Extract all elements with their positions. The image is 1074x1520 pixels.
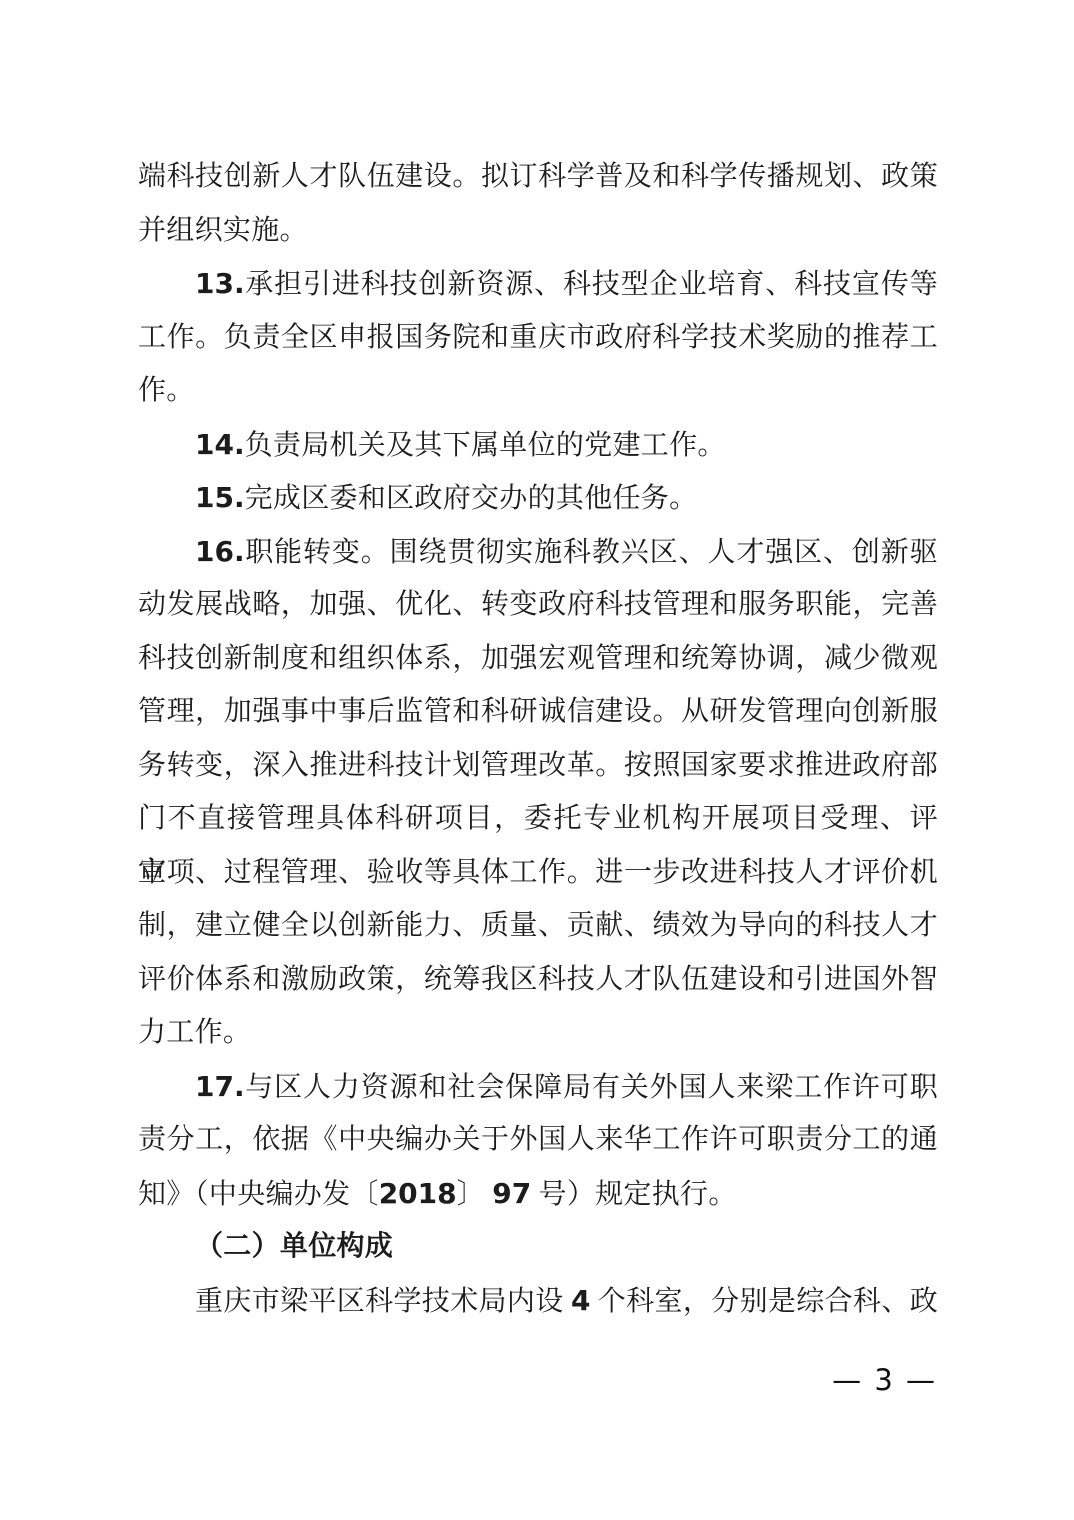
numeral: 97 <box>492 1177 531 1210</box>
section-heading: （二）单位构成 <box>138 1220 938 1274</box>
text-line-11: 管理，加强事中事后监管和科研诚信建设。从研发管理向创新服 <box>138 685 938 739</box>
text-line-13: 门不直接管理具体科研项目，委托专业机构开展项目受理、评审、 <box>138 792 938 846</box>
text-line-20: 知》（中央编办发〔2018〕 97 号）规定执行。 <box>138 1167 938 1221</box>
numeral: 14. <box>195 428 245 461</box>
numeral: 15. <box>195 481 245 514</box>
document-page: 端科技创新人才队伍建设。拟订科学普及和科学传播规划、政策并组织实施。13.承担引… <box>0 0 1074 1520</box>
text-line-5: 作。 <box>138 364 938 418</box>
text-line-16: 评价体系和激励政策，统筹我区科技人才队伍建设和引进国外智 <box>138 953 938 1007</box>
text-line-8: 16.职能转变。围绕贯彻实施科教兴区、人才强区、创新驱 <box>138 525 938 579</box>
text-line-18: 17.与区人力资源和社会保障局有关外国人来梁工作许可职 <box>138 1060 938 1114</box>
numeral: 2018 <box>379 1177 457 1210</box>
text-line-22: 重庆市梁平区科学技术局内设 4 个科室，分别是综合科、政 <box>138 1274 938 1328</box>
text-line-9: 动发展战略，加强、优化、转变政府科技管理和服务职能，完善 <box>138 578 938 632</box>
text-line-2: 并组织实施。 <box>138 204 938 258</box>
page-number: — 3 — <box>832 1360 937 1400</box>
text-line-10: 科技创新制度和组织体系，加强宏观管理和统筹协调，减少微观 <box>138 632 938 686</box>
numeral: 17. <box>195 1070 245 1103</box>
text-line-7: 15.完成区委和区政府交办的其他任务。 <box>138 471 938 525</box>
text-line-6: 14.负责局机关及其下属单位的党建工作。 <box>138 418 938 472</box>
text-line-19: 责分工，依据《中央编办关于外国人来华工作许可职责分工的通 <box>138 1113 938 1167</box>
text-line-3: 13.承担引进科技创新资源、科技型企业培育、科技宣传等 <box>138 257 938 311</box>
text-line-1: 端科技创新人才队伍建设。拟订科学普及和科学传播规划、政策 <box>138 150 938 204</box>
text-line-14: 立项、过程管理、验收等具体工作。进一步改进科技人才评价机 <box>138 846 938 900</box>
numeral: 16. <box>195 535 245 568</box>
text-line-12: 务转变，深入推进科技计划管理改革。按照国家要求推进政府部 <box>138 739 938 793</box>
document-body: 端科技创新人才队伍建设。拟订科学普及和科学传播规划、政策并组织实施。13.承担引… <box>138 150 938 1327</box>
numeral: 13. <box>195 267 245 300</box>
text-line-15: 制，建立健全以创新能力、质量、贡献、绩效为导向的科技人才 <box>138 899 938 953</box>
text-line-4: 工作。负责全区申报国务院和重庆市政府科学技术奖励的推荐工 <box>138 311 938 365</box>
numeral: 4 <box>571 1284 590 1317</box>
text-line-17: 力工作。 <box>138 1006 938 1060</box>
